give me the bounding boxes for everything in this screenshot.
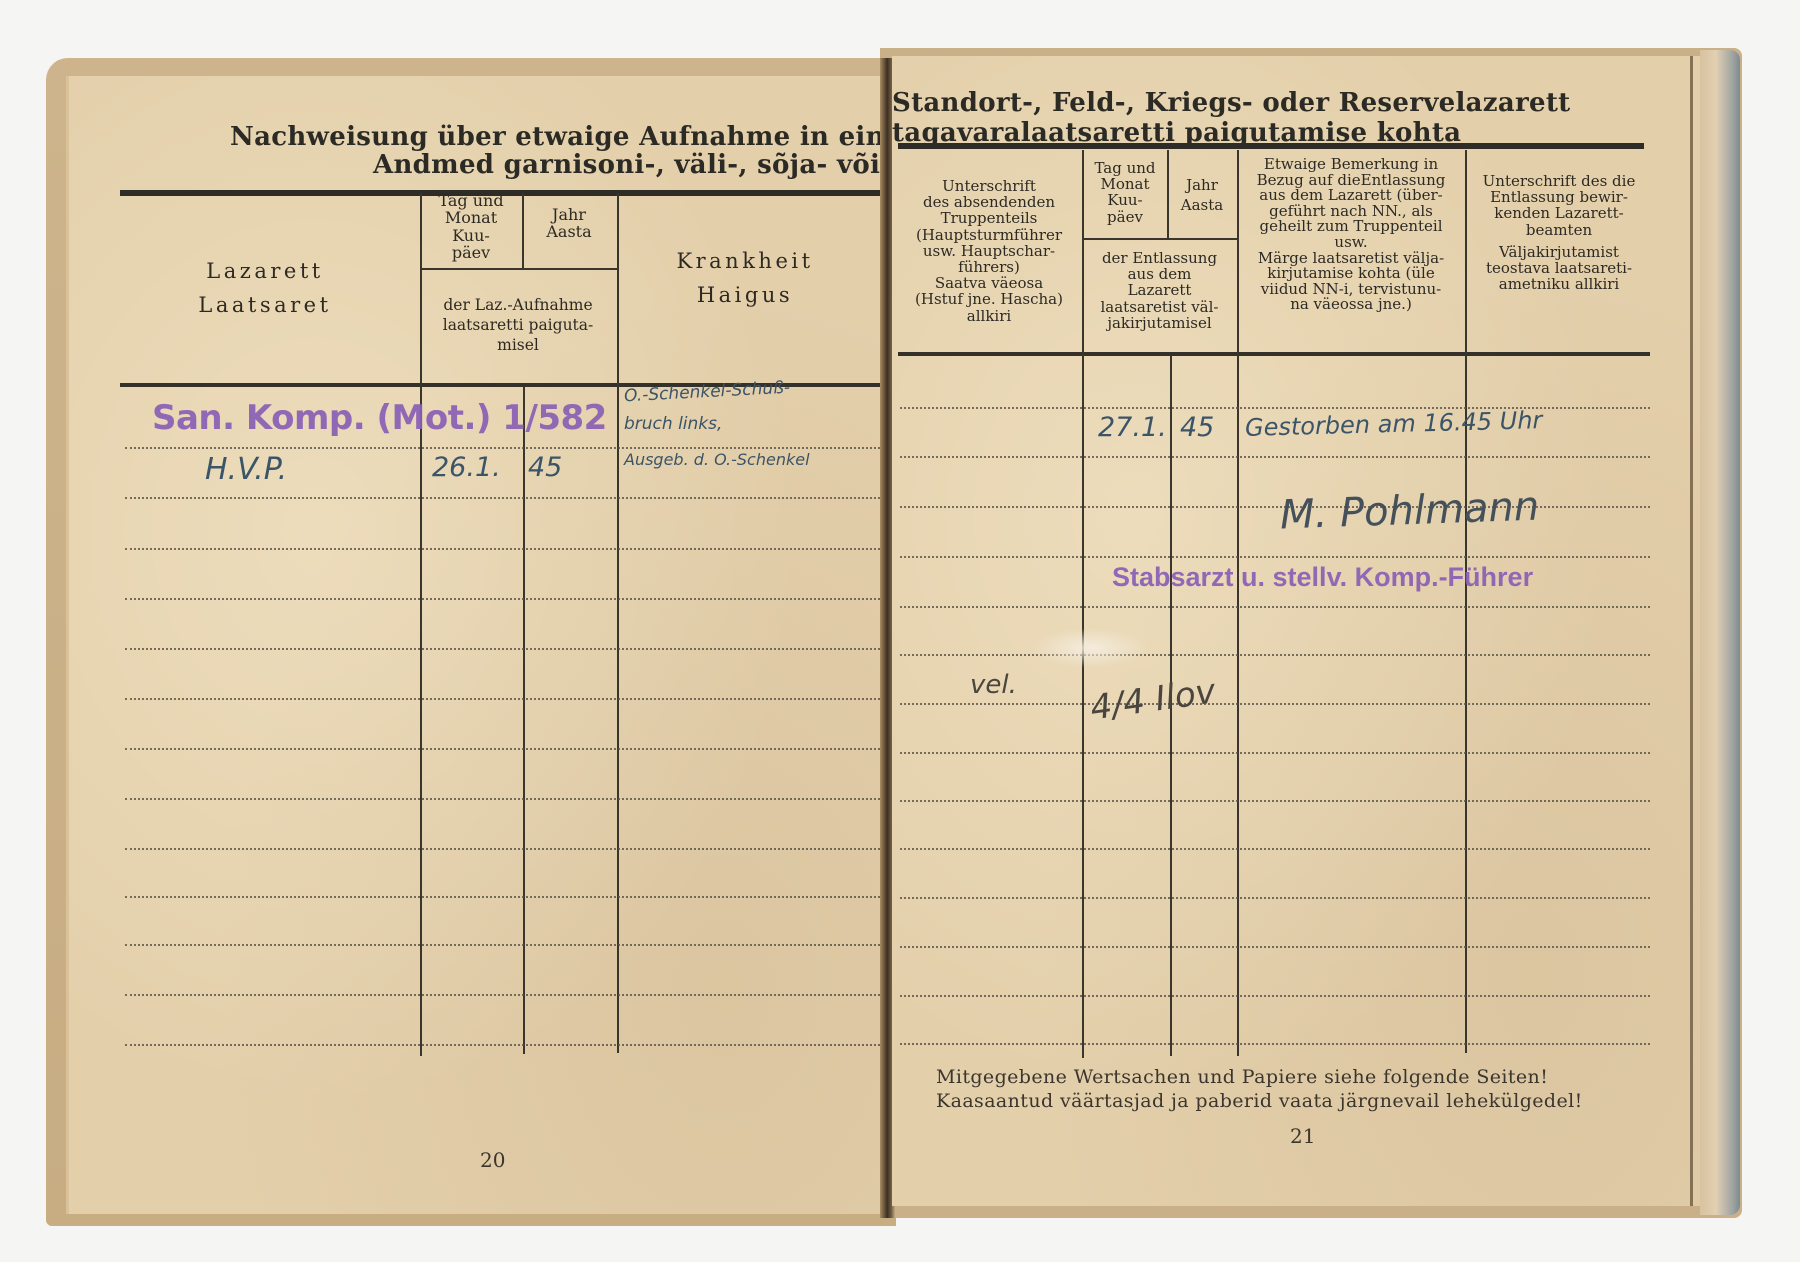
header-remark: Etwaige Bemerkung in Bezug auf dieEntlas… bbox=[1237, 157, 1465, 313]
footer-note-german: Mitgegebene Wertsachen und Papiere siehe… bbox=[936, 1066, 1548, 1090]
row-line bbox=[125, 1044, 880, 1046]
row-line bbox=[125, 798, 880, 800]
header-signature-official: Unterschrift des die Entlassung bewir- k… bbox=[1466, 173, 1652, 292]
header-illness: Krankheit Haigus bbox=[620, 245, 870, 312]
row-line bbox=[125, 944, 880, 946]
right-header-bottom-rule bbox=[898, 352, 1650, 356]
right-date-subheader-rule bbox=[1083, 238, 1237, 240]
row-line bbox=[900, 995, 1650, 997]
footer-note-estonian: Kaasaantud väärtasjad ja paberid vaata j… bbox=[936, 1090, 1583, 1114]
header-signature-unit: Unterschrift des absendenden Truppenteil… bbox=[896, 178, 1082, 324]
row-line bbox=[125, 698, 880, 700]
row-line bbox=[125, 548, 880, 550]
header-discharge: der Entlassung aus dem Lazarett laatsare… bbox=[1082, 250, 1237, 331]
row-line bbox=[125, 748, 880, 750]
header-admission: der Laz.-Aufnahme laatsaretti paiguta- m… bbox=[420, 295, 616, 355]
row-line bbox=[125, 848, 880, 850]
row-line bbox=[125, 447, 880, 449]
row-line bbox=[900, 848, 1650, 850]
row-line bbox=[900, 800, 1650, 802]
left-col-divider-3 bbox=[617, 193, 619, 1053]
unit-stamp: San. Komp. (Mot.) 1/582 bbox=[152, 398, 607, 438]
right-title-german: Standort-, Feld-, Kriegs- oder Reservela… bbox=[892, 88, 1570, 118]
right-page-edge bbox=[1690, 56, 1693, 1206]
admission-year: 45 bbox=[528, 452, 562, 483]
open-booklet: Nachweisung über etwaige Aufnahme in ein… bbox=[0, 0, 1800, 1262]
row-line bbox=[125, 896, 880, 898]
row-line bbox=[900, 752, 1650, 754]
left-col-divider-2 bbox=[523, 386, 525, 1054]
row-line bbox=[900, 946, 1650, 948]
row-line bbox=[900, 654, 1650, 656]
illness-line-3: Ausgeb. d. O.-Schenkel bbox=[624, 450, 810, 469]
discharge-year: 45 bbox=[1180, 412, 1214, 443]
illness-line-2: bruch links, bbox=[624, 414, 722, 434]
row-line bbox=[900, 1043, 1650, 1045]
lazarett-entry: H.V.P. bbox=[205, 452, 287, 487]
row-line bbox=[900, 897, 1650, 899]
official-signature: M. Pohlmann bbox=[1279, 483, 1540, 538]
cover-edge bbox=[1700, 50, 1740, 1215]
header-day-month: Tag und Monat Kuu- päev bbox=[420, 192, 522, 261]
pencil-note-1: vel. bbox=[970, 670, 1017, 700]
header-lazarett: Lazarett Laatsaret bbox=[150, 255, 380, 322]
row-line bbox=[125, 497, 880, 499]
left-title-german: Nachweisung über etwaige Aufnahme in ein bbox=[230, 122, 885, 152]
rank-stamp: Stabsarzt u. stellv. Komp.-Führer bbox=[1112, 562, 1533, 593]
row-line bbox=[900, 556, 1650, 558]
header-year: Jahr Aasta bbox=[522, 206, 616, 241]
admission-day-month: 26.1. bbox=[432, 452, 501, 483]
row-line bbox=[900, 456, 1650, 458]
left-date-subheader-rule bbox=[421, 268, 617, 270]
row-line bbox=[125, 648, 880, 650]
page-number-left: 20 bbox=[480, 1148, 505, 1172]
row-line bbox=[900, 703, 1650, 705]
row-line bbox=[125, 598, 880, 600]
erased-mark bbox=[1030, 628, 1150, 668]
left-title-estonian: Andmed garnisoni-, väli-, sõja- või bbox=[373, 150, 880, 180]
header-discharge-day-month: Tag und Monat Kuu- päev bbox=[1082, 160, 1168, 225]
row-line bbox=[125, 994, 880, 996]
header-discharge-year: Jahr Aasta bbox=[1168, 176, 1236, 215]
page-number-right: 21 bbox=[1290, 1124, 1315, 1148]
row-line bbox=[900, 606, 1650, 608]
right-header-top-rule bbox=[898, 143, 1644, 149]
discharge-day-month: 27.1. bbox=[1098, 412, 1167, 443]
